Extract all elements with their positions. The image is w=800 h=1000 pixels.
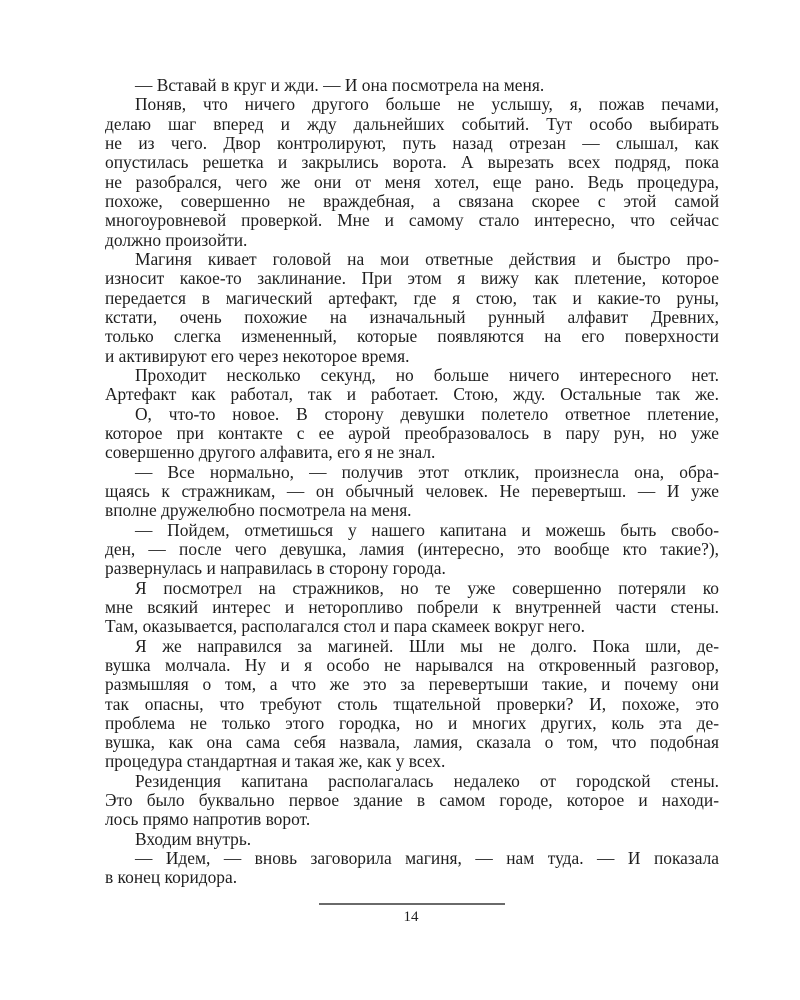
text-line: — Пойдем, отметишься у нашего капитана и… xyxy=(105,521,719,540)
paragraph: Проходит несколько секунд, но больше нич… xyxy=(105,366,719,405)
paragraph: — Вставай в круг и жди. — И она посмотре… xyxy=(105,76,719,95)
text-line: вушка молчала. Ну и я особо не нарывался… xyxy=(105,656,719,675)
text-line: не из чего. Двор контролируют, путь наза… xyxy=(105,134,719,153)
paragraph: Я посмотрел на стражников, но те уже сов… xyxy=(105,579,719,637)
text-line: износит какое-то заклинание. При этом я … xyxy=(105,269,719,288)
text-line: вполне дружелюбно посмотрела на меня. xyxy=(105,501,719,520)
text-line: и активируют его через некоторое время. xyxy=(105,347,719,366)
text-line: многоуровневой проверкой. Мне и самому с… xyxy=(105,211,719,230)
text-line: похоже, совершенно не враждебная, а связ… xyxy=(105,192,719,211)
text-line: развернулась и направилась в сторону гор… xyxy=(105,559,719,578)
text-line: кстати, очень похожие на изначальный рун… xyxy=(105,308,719,327)
paragraph: — Пойдем, отметишься у нашего капитана и… xyxy=(105,521,719,579)
text-line: только слегка измененный, которые появля… xyxy=(105,327,719,346)
text-line: Резиденция капитана располагалась недале… xyxy=(105,772,719,791)
text-line: Входим внутрь. xyxy=(105,830,719,849)
text-line: Проходит несколько секунд, но больше нич… xyxy=(105,366,719,385)
paragraph: Магиня кивает головой на мои ответные де… xyxy=(105,250,719,366)
text-line: Магиня кивает головой на мои ответные де… xyxy=(105,250,719,269)
text-line: должно произойти. xyxy=(105,231,719,250)
page-number: 14 xyxy=(0,909,800,926)
text-line: Это было буквально первое здание в самом… xyxy=(105,791,719,810)
text-line: — Все нормально, — получив этот отклик, … xyxy=(105,463,719,482)
text-line: лось прямо напротив ворот. xyxy=(105,810,719,829)
text-line: Артефакт как работал, так и работает. Ст… xyxy=(105,385,719,404)
book-page-body: — Вставай в круг и жди. — И она посмотре… xyxy=(105,76,719,888)
text-line: Поняв, что ничего другого больше не услы… xyxy=(105,95,719,114)
text-line: делаю шаг вперед и жду дальнейших событи… xyxy=(105,115,719,134)
text-line: совершенно другого алфавита, его я не зн… xyxy=(105,443,719,462)
text-line: опустилась решетка и закрылись ворота. А… xyxy=(105,153,719,172)
paragraph: Я же направился за магиней. Шли мы не до… xyxy=(105,637,719,772)
text-line: размышляя о том, а что же это за перевер… xyxy=(105,675,719,694)
text-line: мне всякий интерес и неторопливо побрели… xyxy=(105,598,719,617)
text-line: Я же направился за магиней. Шли мы не до… xyxy=(105,637,719,656)
footer-divider xyxy=(319,903,505,905)
text-line: — Вставай в круг и жди. — И она посмотре… xyxy=(105,76,719,95)
text-line: так опасны, что требуют столь тщательной… xyxy=(105,695,719,714)
text-line: процедура стандартная и такая же, как у … xyxy=(105,752,719,771)
text-line: не разобрался, чего же они от меня хотел… xyxy=(105,173,719,192)
text-line: Там, оказывается, располагался стол и па… xyxy=(105,617,719,636)
text-line: ден, — после чего девушка, ламия (интере… xyxy=(105,540,719,559)
paragraph: Поняв, что ничего другого больше не услы… xyxy=(105,95,719,250)
text-line: — Идем, — вновь заговорила магиня, — нам… xyxy=(105,849,719,868)
paragraph: Резиденция капитана располагалась недале… xyxy=(105,772,719,830)
paragraph: О, что-то новое. В сторону девушки полет… xyxy=(105,405,719,463)
paragraph: Входим внутрь. xyxy=(105,830,719,849)
text-line: щаясь к стражникам, — он обычный человек… xyxy=(105,482,719,501)
text-line: проблема не только этого городка, но и м… xyxy=(105,714,719,733)
text-line: в конец коридора. xyxy=(105,868,719,887)
text-line: передается в магический артефакт, где я … xyxy=(105,289,719,308)
text-line: Я посмотрел на стражников, но те уже сов… xyxy=(105,579,719,598)
paragraph: — Все нормально, — получив этот отклик, … xyxy=(105,463,719,521)
text-line: которое при контакте с ее аурой преобраз… xyxy=(105,424,719,443)
text-line: вушка, как она сама себя назвала, ламия,… xyxy=(105,733,719,752)
paragraph: — Идем, — вновь заговорила магиня, — нам… xyxy=(105,849,719,888)
text-line: О, что-то новое. В сторону девушки полет… xyxy=(105,405,719,424)
